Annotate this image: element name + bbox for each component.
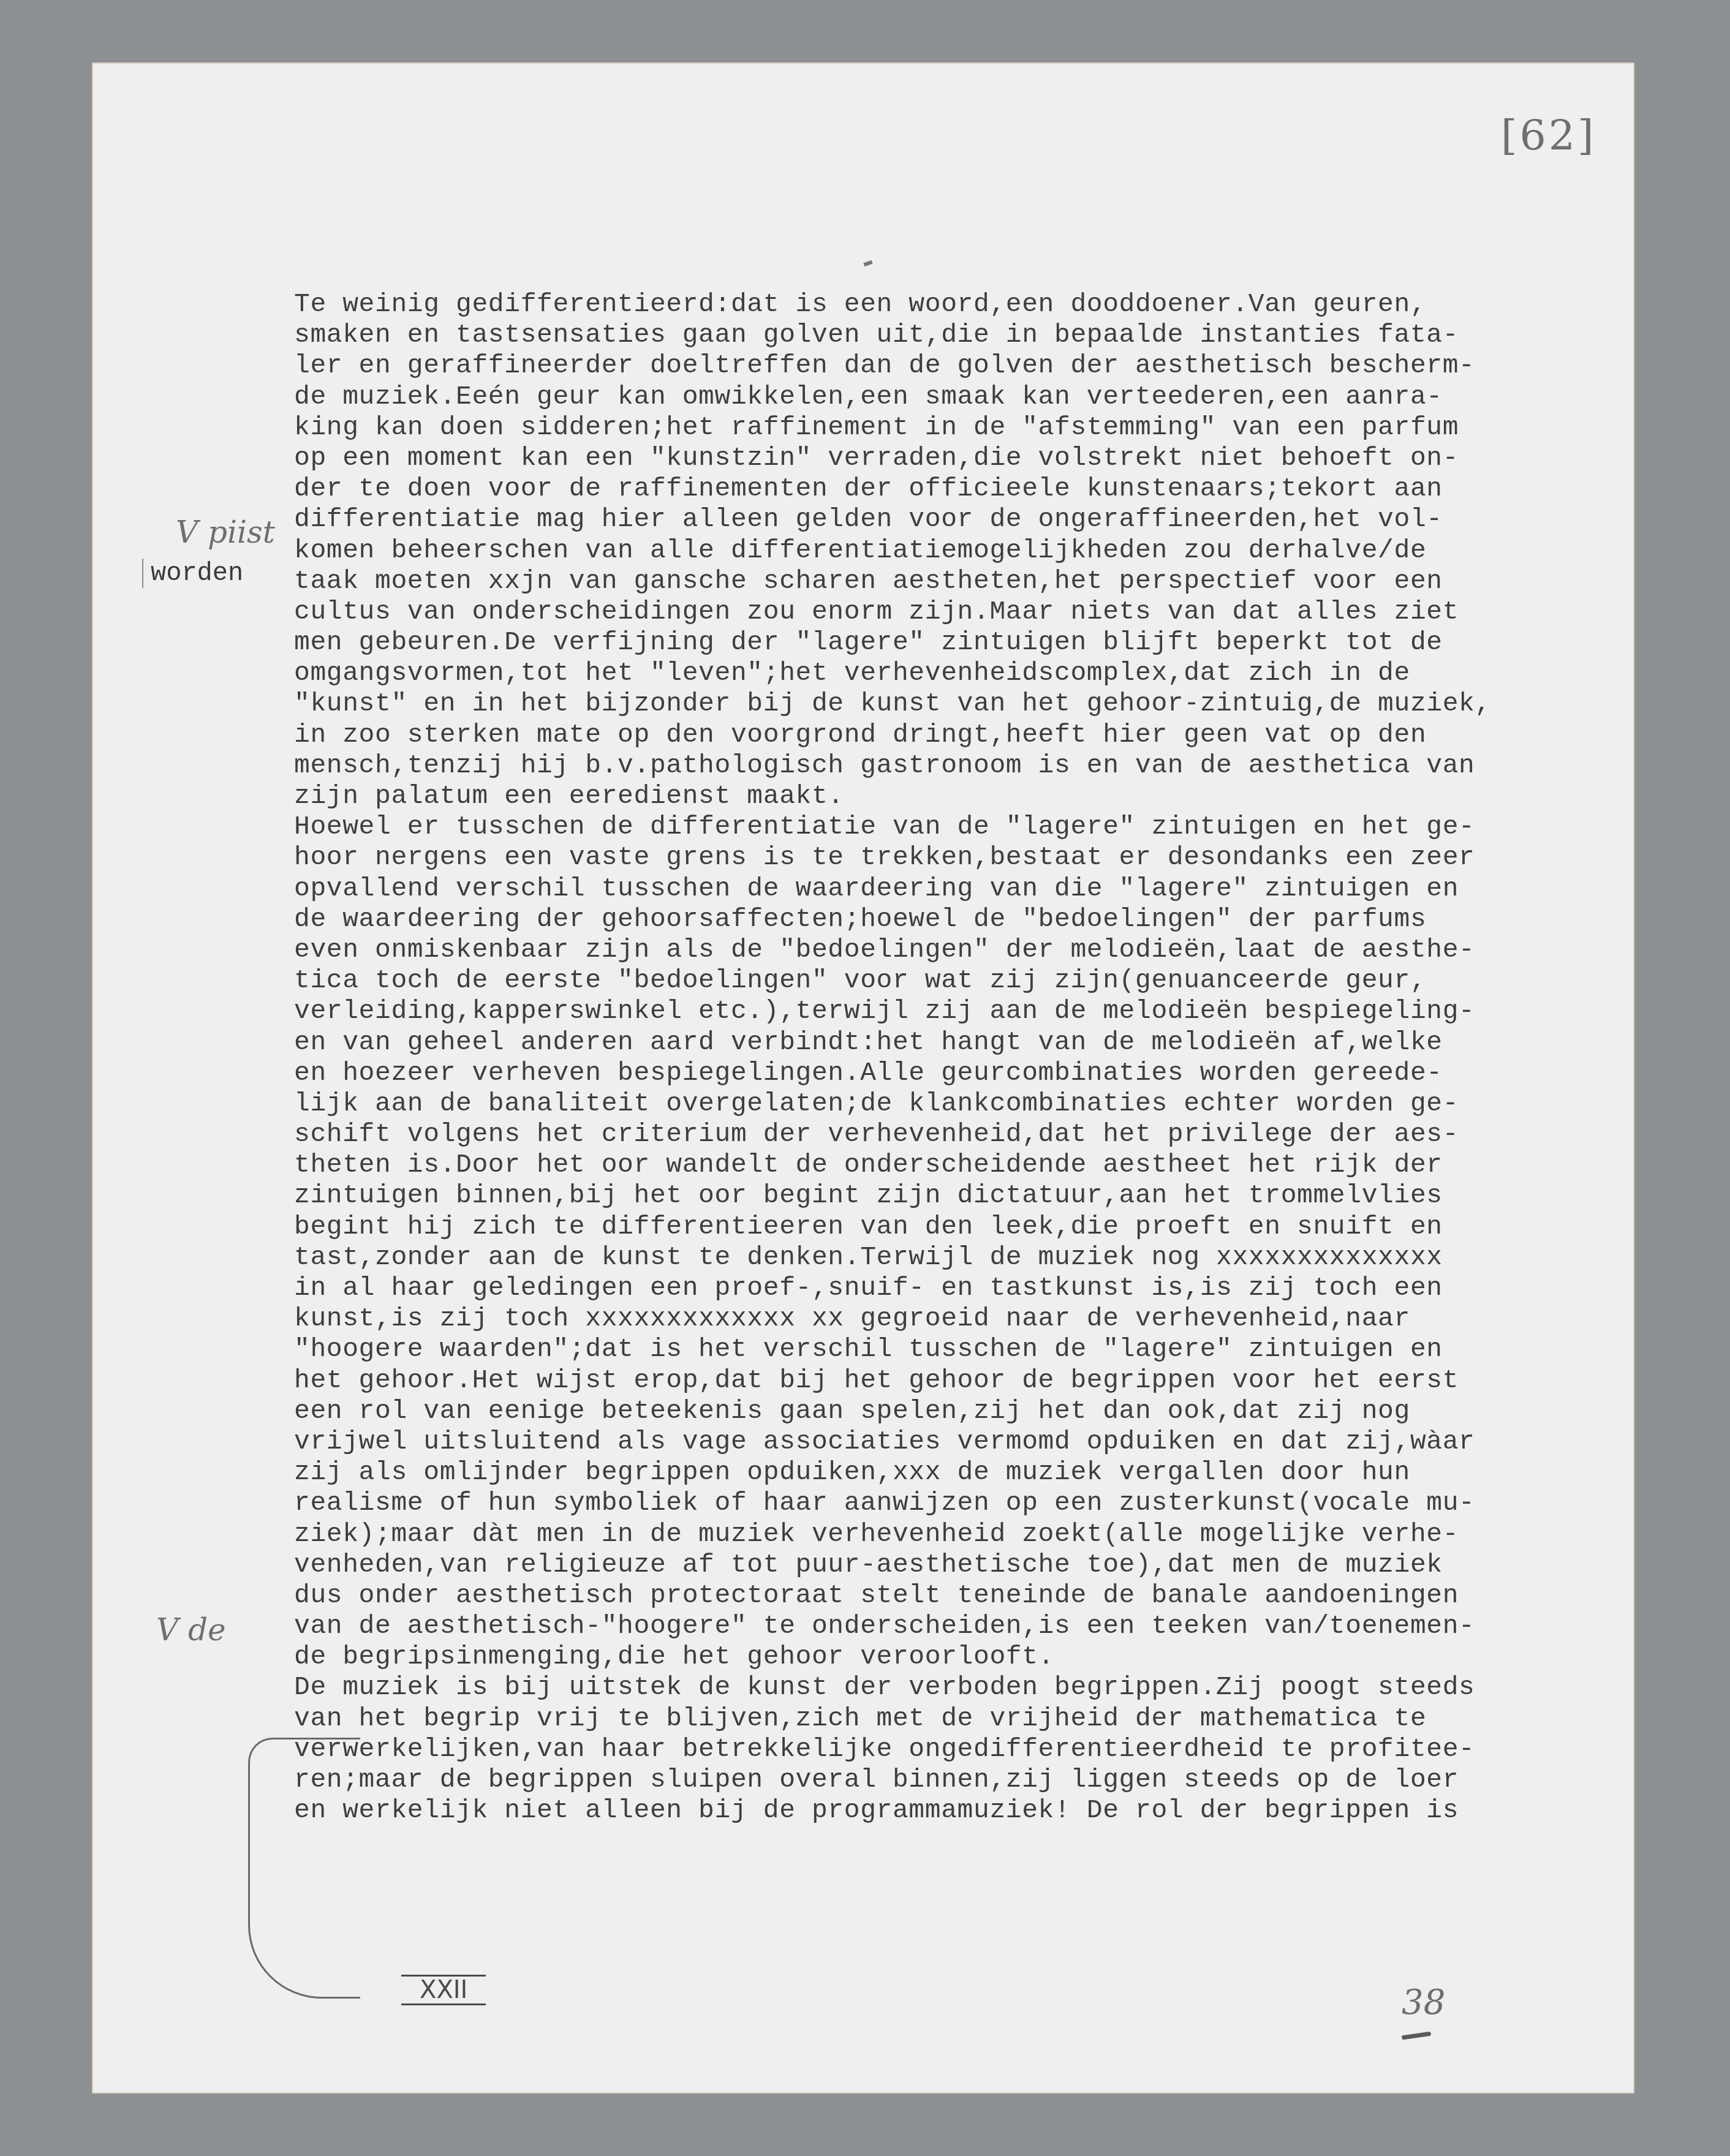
pencil-dash-mark [863,260,872,266]
text-line: De muziek is bij uitstek de kunst der ve… [294,1672,1654,1703]
typed-body-text: Te weinig gedifferentieerd:dat is een wo… [294,289,1654,1826]
text-line: differentiatie mag hier alleen gelden vo… [294,504,1654,535]
text-line: schift volgens het criterium der verheve… [294,1119,1654,1150]
text-line: king kan doen sidderen;het raffinement i… [294,412,1654,443]
text-line: smaken en tastsensaties gaan golven uit,… [294,320,1654,350]
text-line: Hoewel er tusschen de differentiatie van… [294,812,1654,842]
text-line: cultus van onderscheidingen zou enorm zi… [294,597,1654,627]
text-line: mensch,tenzij hij b.v.pathologisch gastr… [294,750,1654,781]
text-line: lijk aan de banaliteit overgelaten;de kl… [294,1088,1654,1119]
text-line: "kunst" en in het bijzonder bij de kunst… [294,688,1654,719]
text-line: op een moment kan een "kunstzin" verrade… [294,443,1654,473]
margin-note-pencil-top: V piist [176,514,275,550]
text-line: in al haar geledingen een proef-,snuif- … [294,1273,1654,1303]
text-line: de begripsinmenging,die het gehoor veroo… [294,1642,1654,1672]
text-line: men gebeuren.De verfijning der "lagere" … [294,627,1654,658]
text-line: realisme of hun symboliek of haar aanwij… [294,1488,1654,1518]
text-line: tast,zonder aan de kunst te denken.Terwi… [294,1242,1654,1273]
text-line: venheden,van religieuze af tot puur-aest… [294,1550,1654,1580]
section-mark: XXII [401,1975,486,2005]
text-line: een rol van eenige beteekenis gaan spele… [294,1396,1654,1427]
archive-number: [62] [1501,111,1596,160]
text-line: taak moeten xxjn van gansche scharen aes… [294,566,1654,597]
folio-underline [1402,2032,1432,2040]
text-line: zijn palatum een eeredienst maakt. [294,781,1654,812]
text-line: verleiding,kapperswinkel etc.),terwijl z… [294,996,1654,1027]
text-line: begint hij zich te differentieeren van d… [294,1212,1654,1242]
text-line: zij als omlijnder begrippen opduiken,xxx… [294,1457,1654,1488]
text-line: kunst,is zij toch xxxxxxxxxxxxx xx gegro… [294,1303,1654,1334]
text-line: theten is.Door het oor wandelt de onders… [294,1150,1654,1180]
text-line: hoor nergens een vaste grens is te trekk… [294,842,1654,873]
text-line: en werkelijk niet alleen bij de programm… [294,1795,1654,1826]
text-line: vrijwel uitsluitend als vage associaties… [294,1427,1654,1457]
text-line: in zoo sterken mate op den voorgrond dri… [294,720,1654,750]
text-line: van de aesthetisch-"hoogere" te ondersch… [294,1611,1654,1642]
text-line: van het begrip vrij te blijven,zich met … [294,1703,1654,1734]
text-line: ler en geraffineerder doeltreffen dan de… [294,350,1654,381]
text-line: omgangsvormen,tot het "leven";het verhev… [294,658,1654,688]
text-line: het gehoor.Het wijst erop,dat bij het ge… [294,1365,1654,1396]
text-line: even onmiskenbaar zijn als de "bedoeling… [294,935,1654,965]
text-line: der te doen voor de raffinementen der of… [294,473,1654,504]
text-line: ren;maar de begrippen sluipen overal bin… [294,1765,1654,1795]
text-line: en van geheel anderen aard verbindt:het … [294,1027,1654,1058]
text-line: opvallend verschil tusschen de waardeeri… [294,873,1654,904]
folio-number: 38 [1402,1983,1445,2022]
margin-note-pencil-bottom: V de [156,1612,226,1648]
text-line: en hoezeer verheven bespiegelingen.Alle … [294,1058,1654,1088]
text-line: ziek);maar dàt men in de muziek verheven… [294,1519,1654,1550]
text-line: verwerkelijken,van haar betrekkelijke on… [294,1734,1654,1765]
text-line: Te weinig gedifferentieerd:dat is een wo… [294,289,1654,320]
manuscript-page: [62] V piist worden V de Te weinig gedif… [92,62,1634,2094]
margin-insert-typed: worden [142,559,243,588]
text-line: zintuigen binnen,bij het oor begint zijn… [294,1180,1654,1211]
text-line: dus onder aesthetisch protectoraat stelt… [294,1580,1654,1611]
text-line: de waardeering der gehoorsaffecten;hoewe… [294,904,1654,935]
text-line: tica toch de eerste "bedoelingen" voor w… [294,965,1654,996]
text-line: "hoogere waarden";dat is het verschil tu… [294,1334,1654,1365]
pencil-bracket-mark [248,1738,360,1999]
text-line: komen beheerschen van alle differentiati… [294,535,1654,566]
text-line: de muziek.Eeén geur kan omwikkelen,een s… [294,382,1654,412]
